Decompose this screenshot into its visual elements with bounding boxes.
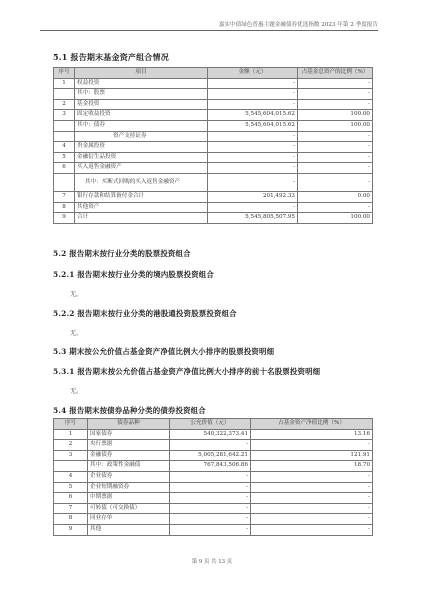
cell-ratio: - bbox=[251, 503, 373, 514]
cell-no: 3 bbox=[54, 110, 75, 121]
cell-item: 其中：政策性金融债 bbox=[88, 461, 170, 472]
asset-portfolio-table: 序号 项目 金额（元） 占基金总资产的比例（%） 1 权益投资 - - 其中：股… bbox=[53, 67, 373, 224]
cell-no: 7 bbox=[54, 191, 75, 202]
cell-amount: - bbox=[208, 173, 298, 191]
table-row: 其中：政策性金融债 767,843,506.86 18.70 bbox=[54, 461, 373, 472]
cell-item: 贵金属投资 bbox=[75, 142, 208, 153]
cell-no: 1 bbox=[54, 78, 75, 89]
section-5-3-1-body: 无。 bbox=[70, 386, 82, 395]
table-row: 其中：买断式回购的买入返售金融资产 - - bbox=[54, 173, 373, 191]
cell-no: 3 bbox=[54, 450, 88, 461]
table-row: 8 其他资产 - - bbox=[54, 202, 373, 213]
cell-value: - bbox=[170, 493, 251, 504]
cell-item: 同业存单 bbox=[88, 514, 170, 525]
cell-item: 其中：股票 bbox=[75, 89, 208, 100]
cell-amount: 201,492.33 bbox=[208, 191, 298, 202]
cell-item: 资产支持证券 bbox=[75, 131, 208, 142]
cell-amount: - bbox=[208, 131, 298, 142]
table-header-row: 序号 项目 金额（元） 占基金总资产的比例（%） bbox=[54, 68, 373, 79]
cell-value: - bbox=[170, 514, 251, 525]
cell-item: 固定收益投资 bbox=[75, 110, 208, 121]
table-row: 6 买入返售金融资产 - - bbox=[54, 163, 373, 174]
cell-amount: 5,545,604,015.62 bbox=[208, 120, 298, 131]
bond-portfolio-table: 序号 债券品种 公允价值（元） 占基金资产净值比例（%） 1 国家债券 540,… bbox=[53, 418, 373, 536]
cell-no: 5 bbox=[54, 152, 75, 163]
cell-no bbox=[54, 120, 75, 131]
cell-no: 4 bbox=[54, 142, 75, 153]
section-5-2-1-title: 5.2.1 报告期末按行业分类的境内股票投资组合 bbox=[53, 269, 214, 280]
section-5-2-title: 5.2 报告期末按行业分类的股票投资组合 bbox=[53, 248, 191, 259]
cell-ratio: - bbox=[251, 471, 373, 482]
cell-ratio: 100.00 bbox=[298, 120, 373, 131]
cell-item: 金融衍生品投资 bbox=[75, 152, 208, 163]
cell-item: 合计 bbox=[75, 213, 208, 224]
cell-item: 金融债券 bbox=[88, 450, 170, 461]
cell-ratio: 100.00 bbox=[298, 213, 373, 224]
section-5-2-1-body: 无。 bbox=[70, 289, 82, 298]
cell-item: 买入返售金融资产 bbox=[75, 163, 208, 174]
cell-ratio: - bbox=[298, 142, 373, 153]
table-row: 5 金融衍生品投资 - - bbox=[54, 152, 373, 163]
col-header-amount: 金额（元） bbox=[208, 68, 298, 79]
cell-no bbox=[54, 131, 75, 142]
table-row: 资产支持证券 - - bbox=[54, 131, 373, 142]
page-number: 第 9 页 共 13 页 bbox=[0, 557, 424, 565]
table-row: 4 贵金属投资 - - bbox=[54, 142, 373, 153]
table-row: 7 可转债（可交换债） - - bbox=[54, 503, 373, 514]
cell-no: 4 bbox=[54, 471, 88, 482]
page-header: 嘉实中债绿色普惠主题金融债券优选指数 2023 年第 2 季度报告 bbox=[40, 20, 378, 31]
cell-ratio: - bbox=[298, 202, 373, 213]
col-header-nav-ratio: 占基金资产净值比例（%） bbox=[251, 419, 373, 430]
cell-value: - bbox=[170, 440, 251, 451]
cell-item: 其中：买断式回购的买入返售金融资产 bbox=[75, 173, 208, 191]
cell-amount: - bbox=[208, 202, 298, 213]
cell-value: 5,005,281,642.21 bbox=[170, 450, 251, 461]
section-5-4-title: 5.4 报告期末按债券品种分类的债券投资组合 bbox=[53, 405, 206, 416]
section-5-3-title: 5.3 期末按公允价值占基金资产净值比例大小排序的股票投资明细 bbox=[53, 346, 274, 357]
section-5-1-title: 5.1 报告期末基金资产组合情况 bbox=[53, 52, 169, 63]
table-row: 1 权益投资 - - bbox=[54, 78, 373, 89]
cell-no: 6 bbox=[54, 163, 75, 174]
table-row: 1 国家债券 540,322,373.41 13.16 bbox=[54, 429, 373, 440]
cell-ratio: 121.91 bbox=[251, 450, 373, 461]
cell-amount: - bbox=[208, 163, 298, 174]
cell-ratio: 100.00 bbox=[298, 110, 373, 121]
cell-no bbox=[54, 173, 75, 191]
cell-item: 其他 bbox=[88, 524, 170, 535]
cell-amount: - bbox=[208, 152, 298, 163]
cell-ratio: - bbox=[298, 152, 373, 163]
cell-amount: 5,545,604,015.62 bbox=[208, 110, 298, 121]
cell-item: 中期票据 bbox=[88, 493, 170, 504]
table-row: 6 中期票据 - - bbox=[54, 493, 373, 504]
cell-no: 2 bbox=[54, 99, 75, 110]
cell-ratio: - bbox=[298, 173, 373, 191]
cell-no: 7 bbox=[54, 503, 88, 514]
cell-no: 9 bbox=[54, 524, 88, 535]
cell-value: - bbox=[170, 471, 251, 482]
cell-no: 5 bbox=[54, 482, 88, 493]
cell-ratio: - bbox=[251, 482, 373, 493]
cell-no: 8 bbox=[54, 514, 88, 525]
cell-no bbox=[54, 89, 75, 100]
table-row: 2 央行票据 - - bbox=[54, 440, 373, 451]
col-header-bond-type: 债券品种 bbox=[88, 419, 170, 430]
cell-ratio: 18.70 bbox=[251, 461, 373, 472]
cell-ratio: - bbox=[298, 163, 373, 174]
cell-no: 8 bbox=[54, 202, 75, 213]
cell-value: - bbox=[170, 482, 251, 493]
cell-ratio: - bbox=[298, 89, 373, 100]
cell-item: 国家债券 bbox=[88, 429, 170, 440]
cell-no bbox=[54, 461, 88, 472]
table-row: 其中：股票 - - bbox=[54, 89, 373, 100]
table-row: 7 银行存款和结算备付金合计 201,492.33 0.00 bbox=[54, 191, 373, 202]
table-header-row: 序号 债券品种 公允价值（元） 占基金资产净值比例（%） bbox=[54, 419, 373, 430]
cell-ratio: - bbox=[298, 78, 373, 89]
cell-value: - bbox=[170, 524, 251, 535]
cell-ratio: - bbox=[298, 131, 373, 142]
cell-amount: - bbox=[208, 89, 298, 100]
table-row: 3 金融债券 5,005,281,642.21 121.91 bbox=[54, 450, 373, 461]
cell-amount: - bbox=[208, 78, 298, 89]
cell-no: 6 bbox=[54, 493, 88, 504]
cell-ratio: - bbox=[298, 99, 373, 110]
table-row: 4 企业债券 - - bbox=[54, 471, 373, 482]
table-row: 9 其他 - - bbox=[54, 524, 373, 535]
cell-item: 企业债券 bbox=[88, 471, 170, 482]
cell-item: 基金投资 bbox=[75, 99, 208, 110]
table-row: 9 合计 5,545,805,507.95 100.00 bbox=[54, 213, 373, 224]
cell-amount: - bbox=[208, 142, 298, 153]
table-row: 其中：债券 5,545,604,015.62 100.00 bbox=[54, 120, 373, 131]
cell-item: 企业短期融资券 bbox=[88, 482, 170, 493]
cell-amount: 5,545,805,507.95 bbox=[208, 213, 298, 224]
cell-ratio: - bbox=[251, 514, 373, 525]
cell-item: 其中：债券 bbox=[75, 120, 208, 131]
section-5-3-1-title: 5.3.1 报告期末按公允价值占基金资产净值比例大小排序的前十名股票投资明细 bbox=[53, 366, 320, 377]
cell-value: 540,322,373.41 bbox=[170, 429, 251, 440]
section-5-2-2-body: 无。 bbox=[70, 328, 82, 337]
cell-no: 1 bbox=[54, 429, 88, 440]
cell-ratio: - bbox=[251, 493, 373, 504]
col-header-ratio: 占基金总资产的比例（%） bbox=[298, 68, 373, 79]
cell-amount: - bbox=[208, 99, 298, 110]
table-row: 2 基金投资 - - bbox=[54, 99, 373, 110]
table-row: 3 固定收益投资 5,545,604,015.62 100.00 bbox=[54, 110, 373, 121]
cell-ratio: - bbox=[251, 524, 373, 535]
col-header-fair-value: 公允价值（元） bbox=[170, 419, 251, 430]
cell-item: 其他资产 bbox=[75, 202, 208, 213]
cell-item: 银行存款和结算备付金合计 bbox=[75, 191, 208, 202]
cell-item: 可转债（可交换债） bbox=[88, 503, 170, 514]
cell-value: 767,843,506.86 bbox=[170, 461, 251, 472]
cell-no: 2 bbox=[54, 440, 88, 451]
cell-item: 权益投资 bbox=[75, 78, 208, 89]
col-header-no: 序号 bbox=[54, 419, 88, 430]
cell-ratio: 13.16 bbox=[251, 429, 373, 440]
table-row: 5 企业短期融资券 - - bbox=[54, 482, 373, 493]
cell-no: 9 bbox=[54, 213, 75, 224]
section-5-2-2-title: 5.2.2 报告期末按行业分类的港股通投资股票投资组合 bbox=[53, 308, 237, 319]
cell-value: - bbox=[170, 503, 251, 514]
table-row: 8 同业存单 - - bbox=[54, 514, 373, 525]
col-header-no: 序号 bbox=[54, 68, 75, 79]
col-header-item: 项目 bbox=[75, 68, 208, 79]
cell-ratio: - bbox=[251, 440, 373, 451]
cell-item: 央行票据 bbox=[88, 440, 170, 451]
cell-ratio: 0.00 bbox=[298, 191, 373, 202]
